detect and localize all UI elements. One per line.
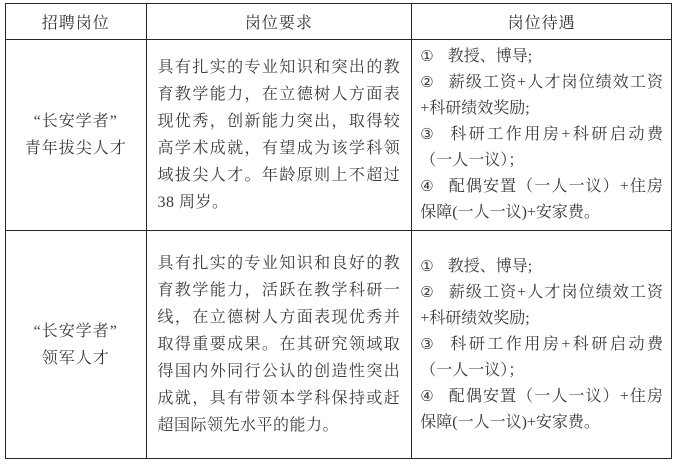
header-cell-benefits: 岗位待遇 [412, 4, 672, 40]
circled-number-icon: ② [420, 280, 433, 306]
circled-number-icon: ④ [420, 384, 433, 410]
benefit-text: 教授、博导; [448, 258, 532, 275]
table-header-row: 招聘岗位 岗位要求 岗位待遇 [6, 4, 672, 40]
requirements-cell: 具有扎实的专业知识和良好的教育教学能力，活跃在教学科研一线，在立德树人方面表现优… [146, 231, 412, 459]
benefit-item: ④配偶安置（一人一议）+住房保障(一人一议)+安家费。 [420, 174, 663, 226]
position-name-line1: “长安学者” [7, 318, 145, 345]
benefit-item: ①教授、博导; [420, 44, 663, 70]
position-cell: “长安学者” 青年拔尖人才 [6, 40, 147, 231]
requirements-cell: 具有扎实的专业知识和突出的教育教学能力，在立德树人方面表现优秀，创新能力突出，取… [146, 40, 412, 231]
position-cell: “长安学者” 领军人才 [6, 231, 147, 459]
circled-number-icon: ① [420, 254, 433, 280]
circled-number-icon: ① [420, 44, 433, 70]
position-name-line1: “长安学者” [7, 108, 145, 135]
benefits-cell: ①教授、博导; ②薪级工资+人才岗位绩效工资+科研绩效奖励; ③科研工作用房+科… [412, 231, 672, 459]
benefit-text: 薪级工资+人才岗位绩效工资+科研绩效奖励; [420, 74, 663, 117]
circled-number-icon: ④ [420, 174, 433, 200]
position-name-line2: 领军人才 [7, 345, 145, 372]
benefit-text: 科研工作用房+科研启动费（一人一议）； [420, 126, 663, 169]
benefit-text: 薪级工资+人才岗位绩效工资+科研绩效奖励; [420, 284, 663, 327]
benefit-item: ①教授、博导; [420, 254, 663, 280]
benefit-item: ④配偶安置（一人一议）+住房保障(一人一议)+安家费。 [420, 384, 663, 436]
benefit-text: 教授、博导; [448, 48, 532, 65]
requirements-text: 具有扎实的专业知识和良好的教育教学能力，活跃在教学科研一线，在立德树人方面表现优… [158, 255, 401, 434]
requirements-text: 具有扎实的专业知识和突出的教育教学能力，在立德树人方面表现优秀，创新能力突出，取… [158, 59, 401, 211]
recruitment-table: 招聘岗位 岗位要求 岗位待遇 “长安学者” 青年拔尖人才 具有扎实的专业知识和突… [5, 3, 672, 459]
header-cell-requirements: 岗位要求 [146, 4, 412, 40]
position-name-line2: 青年拔尖人才 [7, 135, 145, 162]
benefits-cell: ①教授、博导; ②薪级工资+人才岗位绩效工资+科研绩效奖励; ③科研工作用房+科… [412, 40, 672, 231]
benefit-item: ③科研工作用房+科研启动费（一人一议）； [420, 332, 663, 384]
circled-number-icon: ③ [420, 332, 433, 358]
table-row-young-talent: “长安学者” 青年拔尖人才 具有扎实的专业知识和突出的教育教学能力，在立德树人方… [6, 40, 672, 231]
benefit-item: ②薪级工资+人才岗位绩效工资+科研绩效奖励; [420, 70, 663, 122]
circled-number-icon: ② [420, 70, 433, 96]
table-row-leading-talent: “长安学者” 领军人才 具有扎实的专业知识和良好的教育教学能力，活跃在教学科研一… [6, 231, 672, 459]
benefit-item: ②薪级工资+人才岗位绩效工资+科研绩效奖励; [420, 280, 663, 332]
benefit-text: 配偶安置（一人一议）+住房保障(一人一议)+安家费。 [420, 388, 663, 431]
benefit-text: 科研工作用房+科研启动费（一人一议）； [420, 336, 663, 379]
header-cell-position: 招聘岗位 [6, 4, 147, 40]
circled-number-icon: ③ [420, 122, 433, 148]
benefit-item: ③科研工作用房+科研启动费（一人一议）； [420, 122, 663, 174]
benefit-text: 配偶安置（一人一议）+住房保障(一人一议)+安家费。 [420, 178, 663, 221]
